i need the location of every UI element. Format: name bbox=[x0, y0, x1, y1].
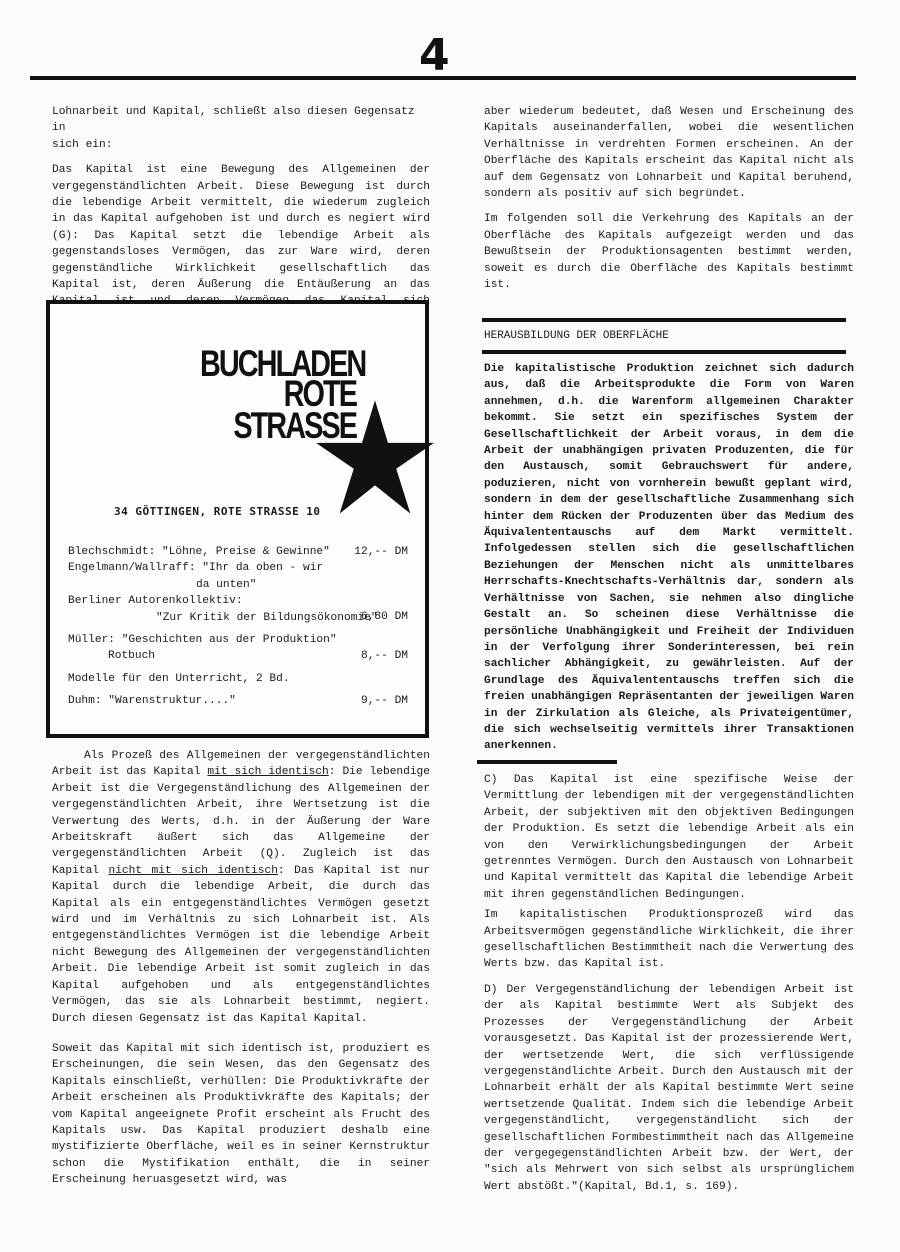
left-paragraph-3: Soweit das Kapital mit sich identisch is… bbox=[52, 1041, 430, 1189]
footnote-d: D) Der Vergegenständlichung der lebendig… bbox=[484, 982, 854, 1195]
book-title: Modelle für den Unterricht, 2 Bd. bbox=[68, 671, 408, 687]
section-body: Die kapitalistische Produktion zeichnet … bbox=[484, 361, 854, 755]
book-publisher: Rotbuch bbox=[68, 648, 408, 664]
right-upper-text: aber wiederum bedeutet, daß Wesen und Er… bbox=[484, 104, 854, 293]
bookshop-advertisement: BUCHLADEN ROTE STRASSE 34 GÖTTINGEN, ROT… bbox=[46, 300, 429, 738]
book-item: Engelmann/Wallraff: "Ihr da oben - wir d… bbox=[68, 560, 408, 593]
section-header: HERAUSBILDUNG DER OBERFLÄCHE bbox=[482, 318, 846, 354]
book-price: 6,80 DM bbox=[361, 609, 408, 625]
left-lower-text: Als Prozeß des Allgemeinen der vergegens… bbox=[52, 748, 430, 1189]
book-title: Müller: "Geschichten aus der Produktion" bbox=[68, 632, 408, 648]
book-title: Duhm: "Warenstruktur...." bbox=[68, 693, 408, 709]
text-run: : Die lebendige Arbeit ist die Vergegens… bbox=[52, 766, 430, 876]
book-item: Duhm: "Warenstruktur...." 9,-- DM bbox=[68, 693, 408, 709]
book-title-cont: "Zur Kritik der Bildungsökonomie" bbox=[68, 610, 408, 626]
book-title-cont: da unten" bbox=[68, 577, 408, 593]
book-item: Blechschmidt: "Löhne, Preise & Gewinne" … bbox=[68, 544, 408, 560]
bookshop-address: 34 GÖTTINGEN, ROTE STRASSE 10 bbox=[114, 504, 321, 520]
footnote-rule bbox=[477, 760, 617, 764]
right-paragraph-1: aber wiederum bedeutet, daß Wesen und Er… bbox=[484, 104, 854, 202]
book-price: 8,-- DM bbox=[361, 648, 408, 664]
page-number: 4 bbox=[419, 34, 450, 78]
intro-line-1: Lohnarbeit und Kapital, schließt also di… bbox=[52, 104, 430, 137]
text-run: : Das Kapital ist nur Kapital durch die … bbox=[52, 865, 430, 1025]
book-title: Engelmann/Wallraff: "Ihr da oben - wir bbox=[68, 560, 408, 576]
book-price: 9,-- DM bbox=[361, 693, 408, 709]
book-item: Berliner Autorenkollektiv: "Zur Kritik d… bbox=[68, 593, 408, 626]
book-item: Müller: "Geschichten aus der Produktion"… bbox=[68, 632, 408, 665]
section-body-container: Die kapitalistische Produktion zeichnet … bbox=[484, 361, 854, 755]
footnote-c: C) Das Kapital ist eine spezifische Weis… bbox=[484, 772, 854, 903]
top-rule bbox=[30, 76, 856, 80]
footnote-c-continued: Im kapitalistischen Produktionsprozeß wi… bbox=[484, 907, 854, 973]
book-price: 12,-- DM bbox=[354, 544, 408, 560]
section-rule-bottom bbox=[482, 350, 846, 354]
underlined-phrase: nicht mit sich identisch bbox=[108, 865, 277, 877]
footnotes: C) Das Kapital ist eine spezifische Weis… bbox=[484, 772, 854, 1195]
intro-line-2: sich ein: bbox=[52, 137, 430, 153]
book-item: Modelle für den Unterricht, 2 Bd. bbox=[68, 671, 408, 687]
underlined-phrase: mit sich identisch bbox=[207, 766, 328, 778]
book-list: Blechschmidt: "Löhne, Preise & Gewinne" … bbox=[68, 544, 408, 710]
left-intro: Lohnarbeit und Kapital, schließt also di… bbox=[52, 104, 430, 326]
bookshop-logo: BUCHLADEN ROTE STRASSE bbox=[156, 344, 356, 484]
logo-line-rote-strasse: ROTE STRASSE bbox=[200, 378, 356, 442]
left-paragraph-2: Als Prozeß des Allgemeinen der vergegens… bbox=[52, 748, 430, 1027]
book-title: Berliner Autorenkollektiv: bbox=[68, 593, 408, 609]
section-title: HERAUSBILDUNG DER OBERFLÄCHE bbox=[482, 322, 846, 350]
right-paragraph-2: Im folgenden soll die Verkehrung des Kap… bbox=[484, 211, 854, 293]
